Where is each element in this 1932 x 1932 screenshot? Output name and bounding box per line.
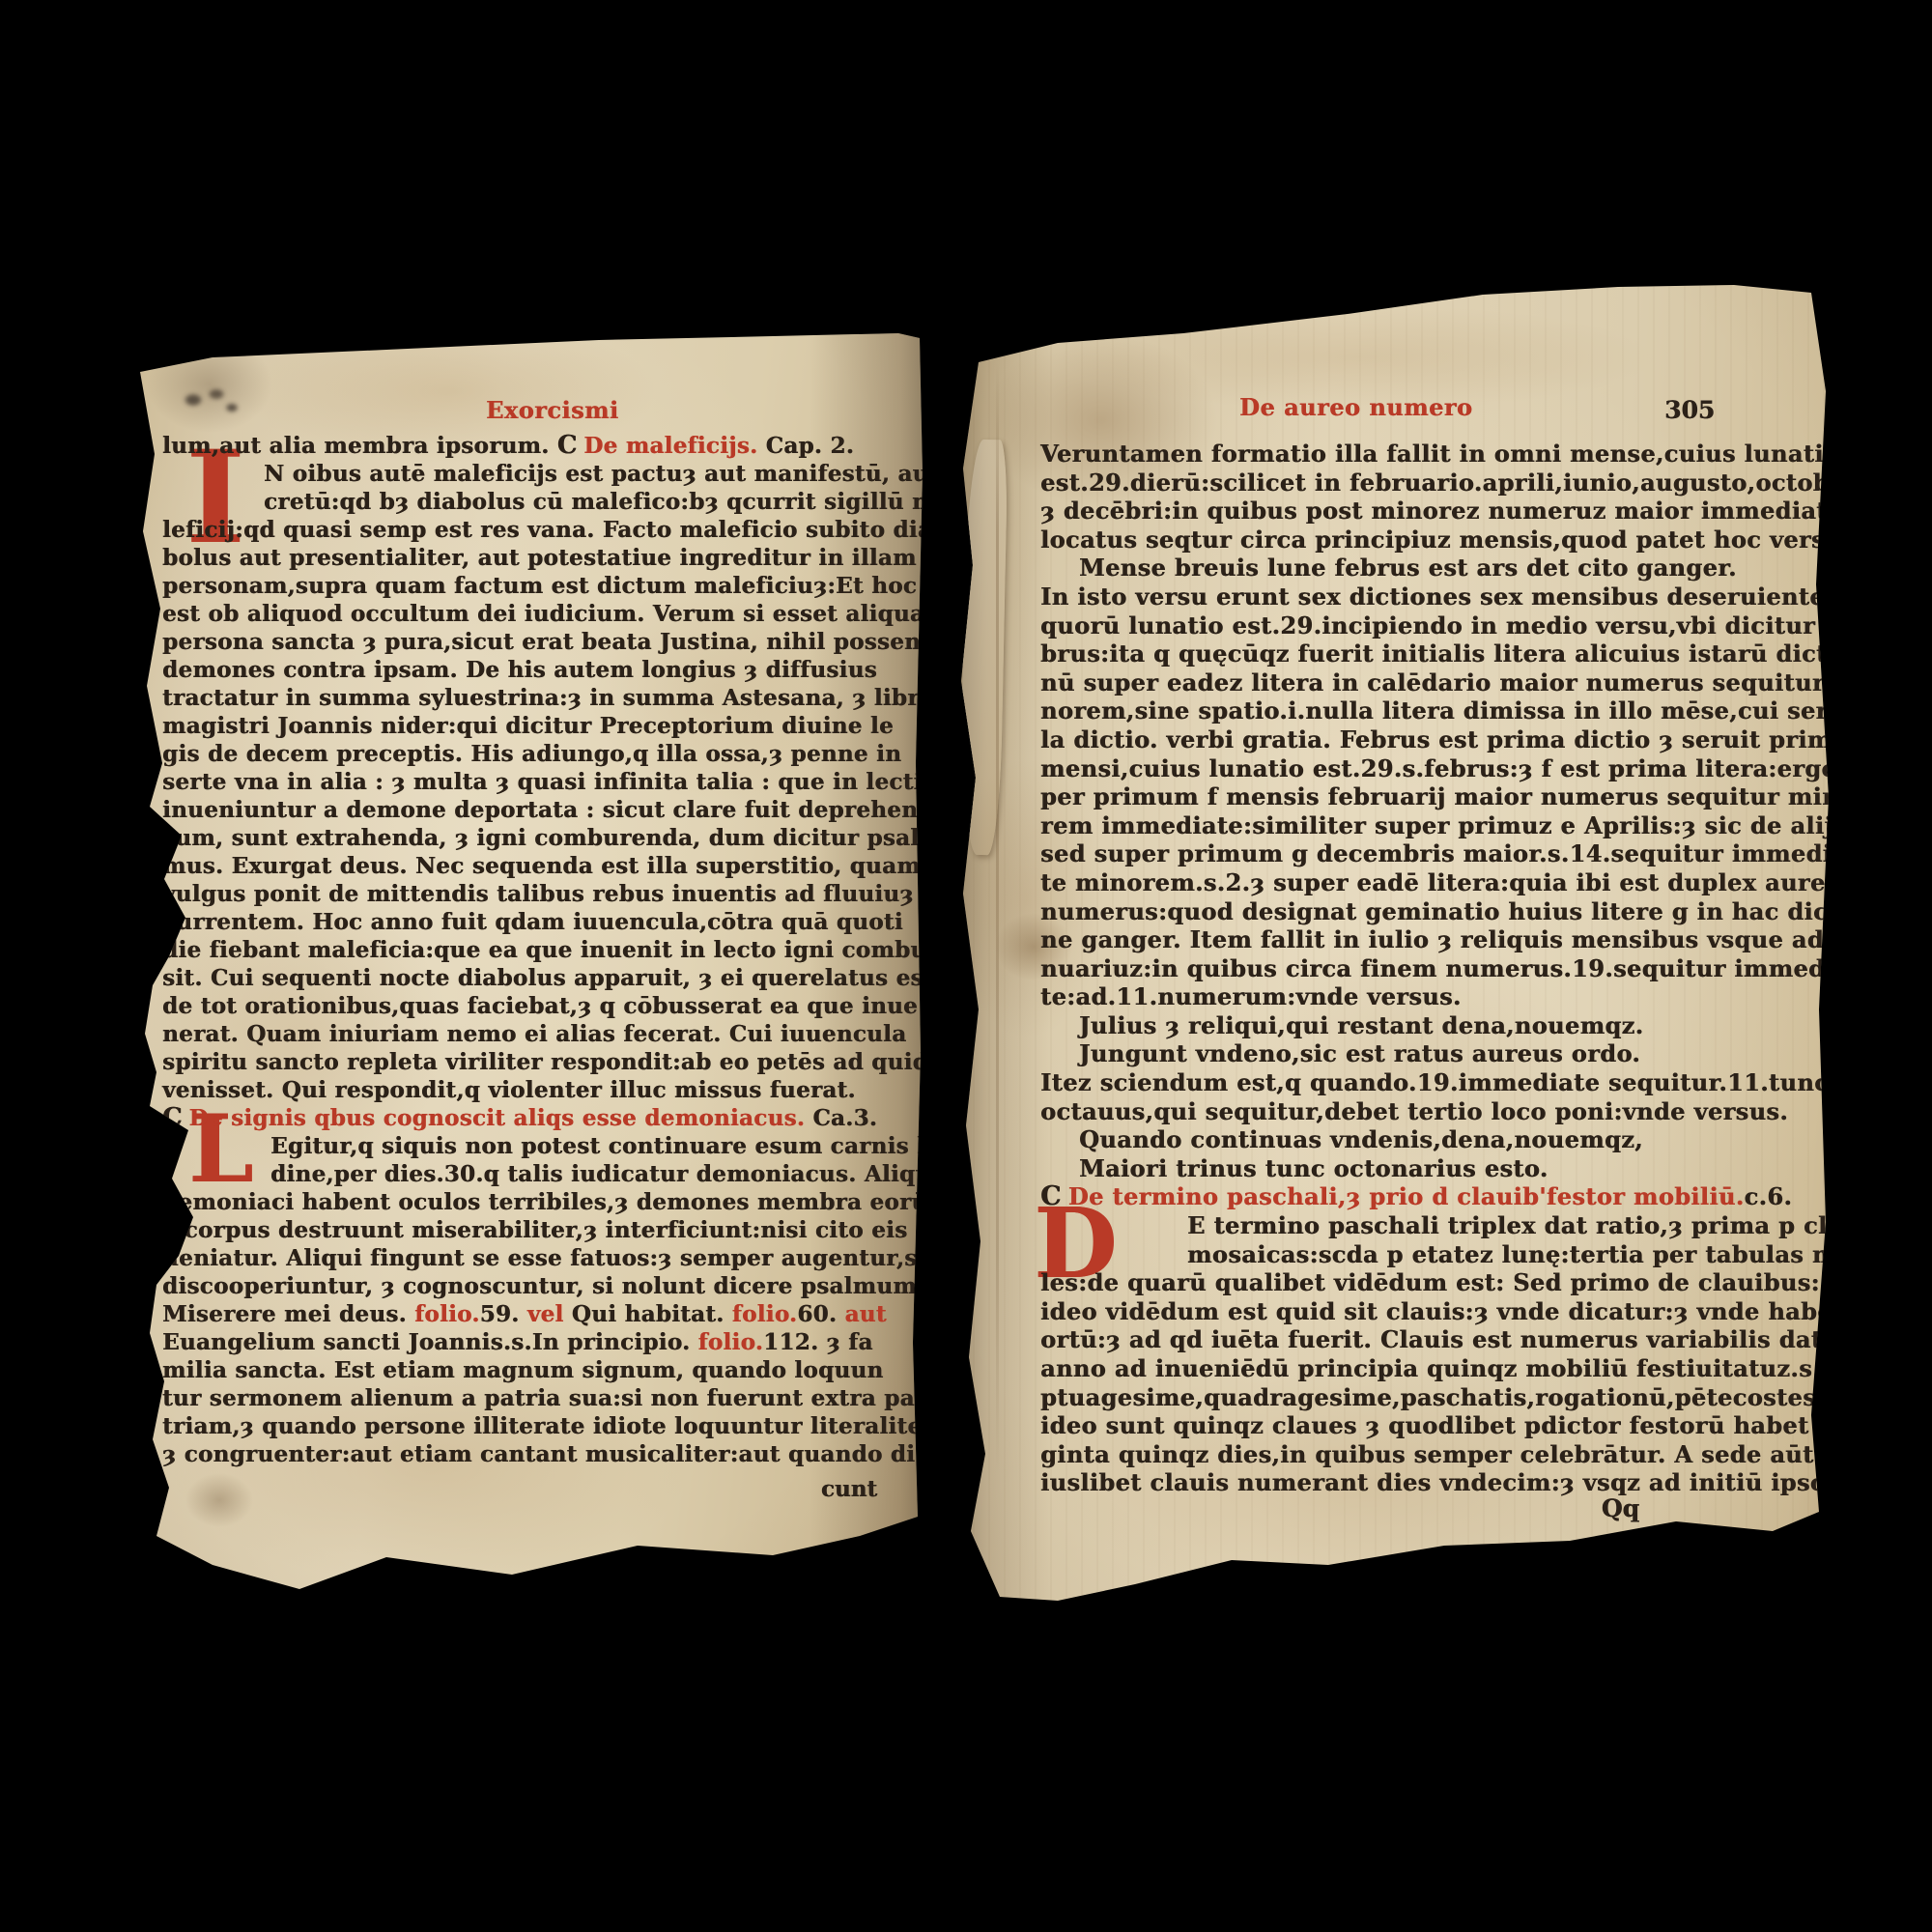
torn-paper-flap bbox=[959, 440, 1009, 856]
text-line: magistri Joannis nider:qui dicitur Prece… bbox=[162, 712, 877, 740]
text-line: vulgus ponit de mittendis talibus rebus … bbox=[162, 880, 877, 908]
text-line: est ob aliquod occultum dei iudicium. Ve… bbox=[162, 600, 877, 628]
text-line: mensi,cuius lunatio est.29.s.februs:ȝ f … bbox=[1040, 754, 1799, 783]
text-line: est.29.dierū:scilicet in februario.april… bbox=[1040, 469, 1799, 497]
text-line: venisset. Qui respondit,q violenter illu… bbox=[162, 1076, 877, 1104]
text-line: ortū:ȝ ad qd iuēta fuerit. Clauis est nu… bbox=[1040, 1325, 1799, 1354]
text-line: per primum f mensis februarij maior nume… bbox=[1040, 782, 1799, 811]
text-line: Quando continuas vndenis,dena,nouemqz, bbox=[1040, 1125, 1799, 1154]
text-line: anno ad inueniēdū principia quinqz mobil… bbox=[1040, 1354, 1799, 1383]
text-line: sed super primum g decembris maior.s.14.… bbox=[1040, 839, 1799, 868]
text-line: serte vna in alia : ȝ multa ȝ quasi infi… bbox=[162, 768, 877, 796]
left-page: Exorcismi I L lum,aut alia membra ipsoru… bbox=[97, 280, 925, 1623]
text-line: mosaicas:scda p etatez lunę:tertia per t… bbox=[1040, 1240, 1799, 1269]
text-line: persona sancta ȝ pura,sicut erat beata J… bbox=[162, 628, 877, 656]
text-line: mus. Exurgat deus. Nec sequenda est illa… bbox=[162, 852, 877, 880]
text-line: currentem. Hoc anno fuit qdam iuuencula,… bbox=[162, 908, 877, 936]
text-line: quorū lunatio est.29.incipiendo in medio… bbox=[1040, 611, 1799, 640]
text-line: de tot orationibus,quas faciebat,ȝ q cōb… bbox=[162, 992, 877, 1020]
text-line: ginta quinqz dies,in quibus semper celeb… bbox=[1040, 1440, 1799, 1469]
text-line: Veruntamen formatio illa fallit in omni … bbox=[1040, 440, 1799, 469]
text-line: dine,per dies.30.q talis iudicatur demon… bbox=[162, 1160, 877, 1188]
text-line: ȝ corpus destruunt miserabiliter,ȝ inter… bbox=[162, 1216, 877, 1244]
text-line: iuslibet clauis numerant dies vndecim:ȝ … bbox=[1040, 1468, 1799, 1497]
text-line: Euangelium sancti Joannis.s.In principio… bbox=[162, 1328, 877, 1356]
book-spread: Exorcismi I L lum,aut alia membra ipsoru… bbox=[0, 0, 1932, 1932]
ink-smudge bbox=[176, 381, 243, 421]
page-number: 305 bbox=[1664, 396, 1715, 424]
text-line: demoniaci habent oculos terribiles,ȝ dem… bbox=[162, 1188, 877, 1216]
text-line: ptuagesime,quadragesime,paschatis,rogati… bbox=[1040, 1383, 1799, 1412]
quire-signature: Qq bbox=[1040, 1494, 1639, 1522]
text-line: rem immediate:similiter super primuz e A… bbox=[1040, 811, 1799, 840]
text-line: ȝ decēbri:in quibus post minorez numeruz… bbox=[1040, 497, 1799, 526]
text-line: la dictio. verbi gratia. Februs est prim… bbox=[1040, 725, 1799, 754]
text-line: nū super eadez litera in calēdario maior… bbox=[1040, 668, 1799, 697]
text-line: sum, sunt extrahenda, ȝ igni comburenda,… bbox=[162, 824, 877, 852]
text-line: norem,sine spatio.i.nulla litera dimissa… bbox=[1040, 696, 1799, 725]
text-line: sit. Cui sequenti nocte diabolus apparui… bbox=[162, 964, 877, 992]
text-line: demones contra ipsam. De his autem longi… bbox=[162, 656, 877, 684]
text-line: Jungunt vndeno,sic est ratus aureus ordo… bbox=[1040, 1039, 1799, 1068]
text-line: les:de quarū qualibet vidēdum est: Sed p… bbox=[1040, 1268, 1799, 1297]
text-line: ideo sunt quinqz claues ȝ quodlibet pdic… bbox=[1040, 1411, 1799, 1440]
text-line: nerat. Quam iniuriam nemo ei alias fecer… bbox=[162, 1020, 877, 1048]
text-line: bolus aut presentialiter, aut potestatiu… bbox=[162, 544, 877, 572]
text-line: ȝ congruenter:aut etiam cantant musicali… bbox=[162, 1440, 877, 1468]
text-line: cretū:qd bȝ diabolus cū malefico:bȝ qcur… bbox=[162, 488, 877, 516]
text-line: Julius ȝ reliqui,qui restant dena,nouemq… bbox=[1040, 1011, 1799, 1040]
text-line: brus:ita q quęcūqz fuerit initialis lite… bbox=[1040, 639, 1799, 668]
text-line: numerus:quod designat geminatio huius li… bbox=[1040, 897, 1799, 926]
right-page-lines: Veruntamen formatio illa fallit in omni … bbox=[1040, 440, 1799, 1497]
text-line: C De signis qbus cognoscit aliqs esse de… bbox=[162, 1104, 877, 1132]
text-line: Itez sciendum est,q quando.19.immediate … bbox=[1040, 1068, 1799, 1097]
text-line: N oibus autē maleficijs est pactuȝ aut m… bbox=[162, 460, 877, 488]
text-line: octauus,qui sequitur,debet tertio loco p… bbox=[1040, 1097, 1799, 1126]
text-line: ueniatur. Aliqui fingunt se esse fatuos:… bbox=[162, 1244, 877, 1272]
text-line: tur sermonem alienum a patria sua:si non… bbox=[162, 1384, 877, 1412]
text-line: lum,aut alia membra ipsorum. C De malefi… bbox=[162, 432, 877, 460]
text-line: nuariuz:in quibus circa finem numerus.19… bbox=[1040, 954, 1799, 983]
text-line: Maiori trinus tunc octonarius esto. bbox=[1040, 1154, 1799, 1183]
text-line: leficij:qd quasi semp est res vana. Fact… bbox=[162, 516, 877, 544]
catchword: cunt bbox=[162, 1476, 877, 1502]
text-line: triam,ȝ quando persone illiterate idiote… bbox=[162, 1412, 877, 1440]
text-line: spiritu sancto repleta viriliter respond… bbox=[162, 1048, 877, 1076]
text-line: Mense breuis lune februs est ars det cit… bbox=[1040, 554, 1799, 582]
left-running-header: Exorcismi bbox=[486, 396, 619, 424]
text-line: ideo vidēdum est quid sit clauis:ȝ vnde … bbox=[1040, 1297, 1799, 1326]
left-page-lines: lum,aut alia membra ipsorum. C De malefi… bbox=[162, 432, 877, 1468]
text-line: E termino paschali triplex dat ratio,ȝ p… bbox=[1040, 1211, 1799, 1240]
text-line: ne ganger. Item fallit in iulio ȝ reliqu… bbox=[1040, 925, 1799, 954]
gutter-crease bbox=[996, 362, 999, 1473]
text-line: gis de decem preceptis. His adiungo,q il… bbox=[162, 740, 877, 768]
text-line: locatus seqtur circa principiuz mensis,q… bbox=[1040, 526, 1799, 554]
text-line: te minorem.s.2.ȝ super eadē litera:quia … bbox=[1040, 868, 1799, 897]
text-line: discooperiuntur, ȝ cognoscuntur, si nolu… bbox=[162, 1272, 877, 1300]
text-line: die fiebant maleficia:que ea que inuenit… bbox=[162, 936, 877, 964]
right-running-header: De aureo numero bbox=[1239, 393, 1472, 421]
text-line: te:ad.11.numerum:vnde versus. bbox=[1040, 982, 1799, 1011]
text-line: inueniuntur a demone deportata : sicut c… bbox=[162, 796, 877, 824]
text-line: In isto versu erunt sex dictiones sex me… bbox=[1040, 582, 1799, 611]
text-line: Miserere mei deus. folio.59. vel Qui hab… bbox=[162, 1300, 877, 1328]
text-line: personam,supra quam factum est dictum ma… bbox=[162, 572, 877, 600]
text-line: milia sancta. Est etiam magnum signum, q… bbox=[162, 1356, 877, 1384]
text-line: C De termino paschali,ȝ prio d clauib'fe… bbox=[1040, 1182, 1799, 1211]
right-page: De aureo numero 305 D Veruntamen formati… bbox=[942, 275, 1840, 1623]
text-line: tractatur in summa syluestrina:ȝ in summ… bbox=[162, 684, 877, 712]
text-line: Egitur,q siquis non potest continuare es… bbox=[162, 1132, 877, 1160]
